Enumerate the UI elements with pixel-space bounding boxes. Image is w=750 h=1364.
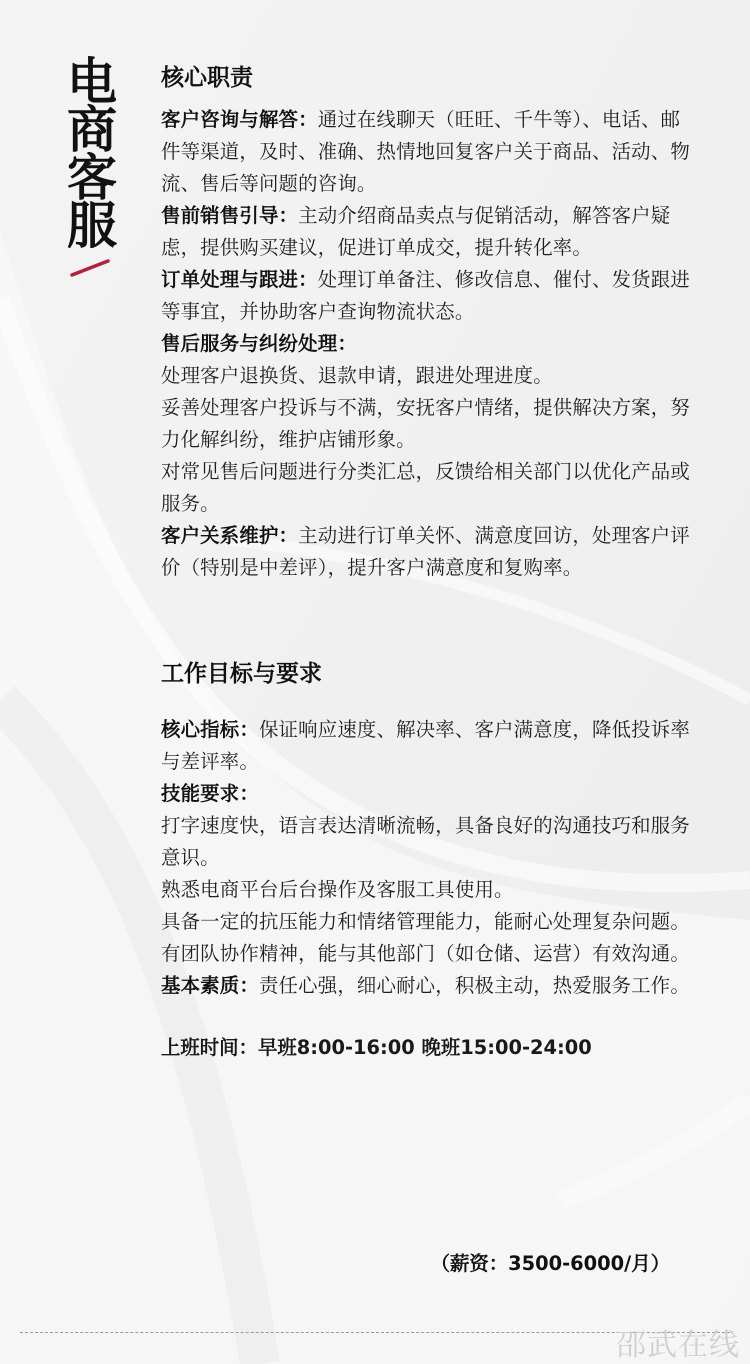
- requirement-paragraph: 熟悉电商平台后台操作及客服工具使用。: [161, 874, 691, 906]
- requirement-paragraph: 有团队协作精神，能与其他部门（如仓储、运营）有效沟通。: [161, 938, 691, 970]
- duty-paragraph: 客户咨询与解答：通过在线聊天（旺旺、千牛等）、电话、邮件等渠道，及时、准确、热情…: [161, 104, 691, 200]
- requirement-text: 熟悉电商平台后台操作及客服工具使用。: [161, 878, 514, 901]
- requirement-label: 核心指标：: [161, 718, 259, 741]
- requirement-text: 责任心强，细心耐心，积极主动，热爱服务工作。: [259, 974, 690, 997]
- duty-paragraph: 售后服务与纠纷处理：: [161, 328, 691, 360]
- requirement-paragraph: 具备一定的抗压能力和情绪管理能力，能耐心处理复杂问题。: [161, 906, 691, 938]
- vertical-page-title: 电 商 客 服: [64, 58, 120, 250]
- red-slash-accent: [70, 258, 110, 278]
- content-column: 核心职责 客户咨询与解答：通过在线聊天（旺旺、千牛等）、电话、邮件等渠道，及时、…: [161, 58, 691, 1083]
- requirement-text: 具备一定的抗压能力和情绪管理能力，能耐心处理复杂问题。: [161, 910, 690, 933]
- work-hours: 上班时间：早班8:00-16:00 晚班15:00-24:00: [161, 1032, 691, 1064]
- duty-label: 售前销售引导：: [161, 204, 298, 227]
- duty-paragraph: 客户关系维护：主动进行订单关怀、满意度回访，处理客户评价（特别是中差评），提升客…: [161, 520, 691, 584]
- title-char: 电: [64, 58, 120, 106]
- watermark: 邵武在线: [616, 1320, 740, 1364]
- requirement-paragraph: 核心指标：保证响应速度、解决率、客户满意度，降低投诉率与差评率。: [161, 714, 691, 778]
- duty-paragraph: 订单处理与跟进：处理订单备注、修改信息、催付、发货跟进等事宜，并协助客户查询物流…: [161, 264, 691, 328]
- duty-paragraph: 售前销售引导：主动介绍商品卖点与促销活动，解答客户疑虑，提供购买建议，促进订单成…: [161, 200, 691, 264]
- title-char: 客: [64, 154, 120, 202]
- duty-text: 妥善处理客户投诉与不满，安抚客户情绪，提供解决方案，努力化解纠纷，维护店铺形象。: [161, 396, 690, 451]
- title-char: 商: [64, 106, 120, 154]
- requirement-paragraph: 打字速度快，语言表达清晰流畅，具备良好的沟通技巧和服务意识。: [161, 810, 691, 874]
- section-title: 工作目标与要求: [161, 654, 691, 694]
- duty-label: 客户咨询与解答：: [161, 108, 318, 131]
- work-hours-label: 上班时间：: [161, 1036, 258, 1059]
- requirement-label: 基本素质：: [161, 974, 259, 997]
- duty-text: 对常见售后问题进行分类汇总，反馈给相关部门以优化产品或服务。: [161, 460, 690, 515]
- duty-label: 售后服务与纠纷处理：: [161, 332, 357, 355]
- duty-paragraph: 对常见售后问题进行分类汇总，反馈给相关部门以优化产品或服务。: [161, 456, 691, 520]
- duty-label: 客户关系维护：: [161, 524, 298, 547]
- duty-paragraph: 处理客户退换货、退款申请，跟进处理进度。: [161, 360, 691, 392]
- section-goals-requirements: 工作目标与要求 核心指标：保证响应速度、解决率、客户满意度，降低投诉率与差评率。…: [161, 654, 691, 1002]
- requirement-text: 有团队协作精神，能与其他部门（如仓储、运营）有效沟通。: [161, 942, 690, 965]
- work-hours-value: 早班8:00-16:00 晚班15:00-24:00: [258, 1036, 592, 1059]
- duty-text: 处理客户退换货、退款申请，跟进处理进度。: [161, 364, 553, 387]
- requirement-text: 打字速度快，语言表达清晰流畅，具备良好的沟通技巧和服务意识。: [161, 814, 690, 869]
- requirement-paragraph: 基本素质：责任心强，细心耐心，积极主动，热爱服务工作。: [161, 970, 691, 1002]
- requirement-paragraph: 技能要求：: [161, 778, 691, 810]
- title-char: 服: [64, 202, 120, 250]
- section-title: 核心职责: [161, 58, 691, 98]
- duty-label: 订单处理与跟进：: [161, 268, 318, 291]
- requirement-label: 技能要求：: [161, 782, 259, 805]
- salary-range: （薪资：3500-6000/月）: [431, 1248, 670, 1280]
- section-core-duties: 核心职责 客户咨询与解答：通过在线聊天（旺旺、千牛等）、电话、邮件等渠道，及时、…: [161, 58, 691, 584]
- duty-paragraph: 妥善处理客户投诉与不满，安抚客户情绪，提供解决方案，努力化解纠纷，维护店铺形象。: [161, 392, 691, 456]
